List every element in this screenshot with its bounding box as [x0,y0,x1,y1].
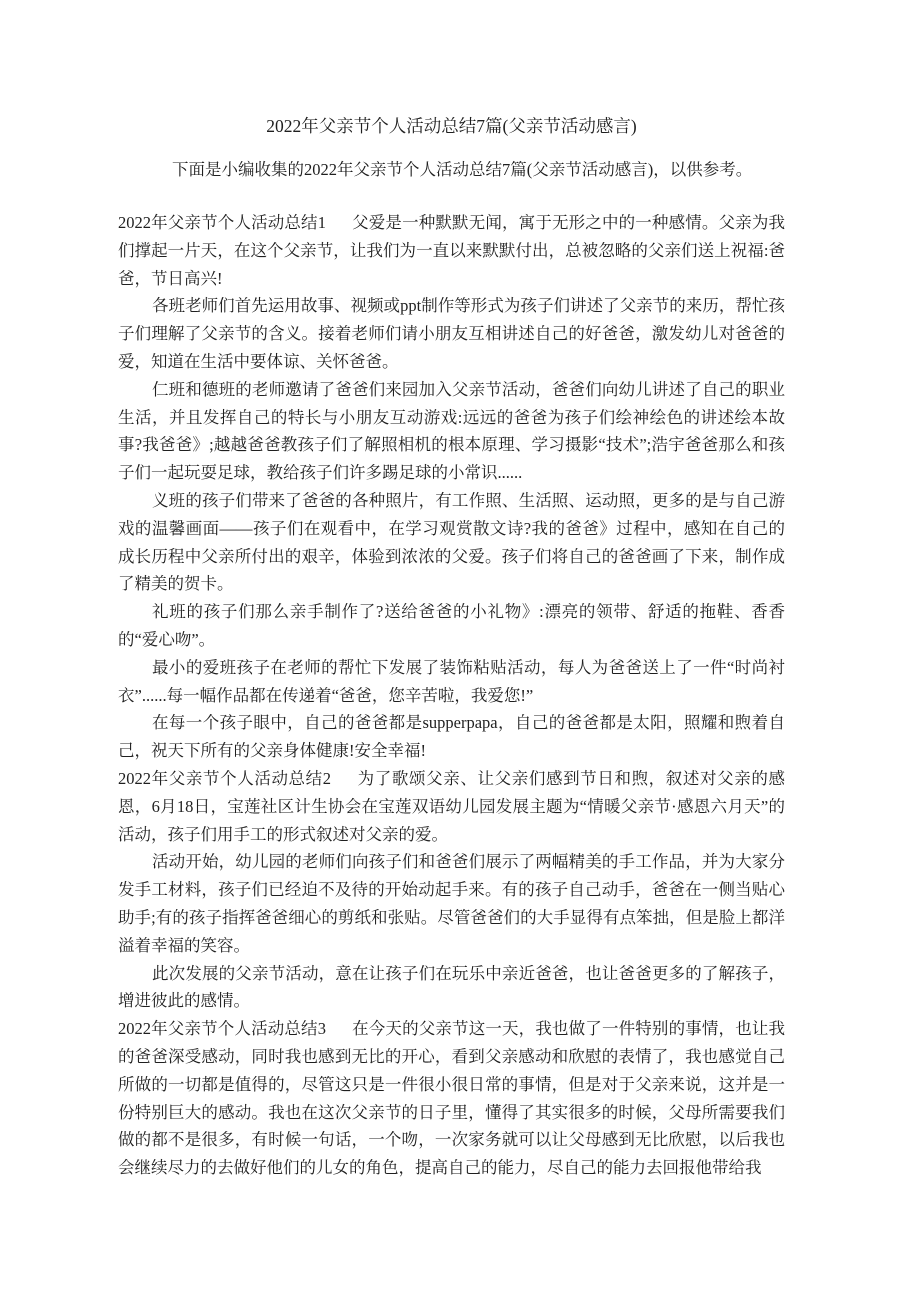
document-page: 2022年父亲节个人活动总结7篇(父亲节活动感言) 下面是小编收集的2022年父… [0,0,920,1302]
paragraph: 礼班的孩子们那么亲手制作了?送给爸爸的小礼物》:漂亮的领带、舒适的拖鞋、香香的“… [118,598,785,654]
document-content: 2022年父亲节个人活动总结7篇(父亲节活动感言) 下面是小编收集的2022年父… [118,0,785,1182]
intro-paragraph: 下面是小编收集的2022年父亲节个人活动总结7篇(父亲节活动感言)，以供参考。 [118,156,785,184]
section-1-lead-paragraph: 2022年父亲节个人活动总结1父爱是一种默默无闻，寓于无形之中的一种感情。父亲为… [118,209,785,292]
paragraph: 仁班和德班的老师邀请了爸爸们来园加入父亲节活动，爸爸们向幼儿讲述了自己的职业生活… [118,376,785,487]
paragraph: 义班的孩子们带来了爸爸的各种照片，有工作照、生活照、运动照，更多的是与自己游戏的… [118,487,785,598]
document-title: 2022年父亲节个人活动总结7篇(父亲节活动感言) [118,112,785,140]
section-heading: 2022年父亲节个人活动总结1 [118,213,326,232]
section-2-lead-paragraph: 2022年父亲节个人活动总结2为了歌颂父亲、让父亲们感到节日和煦，叙述对父亲的感… [118,765,785,848]
section-3-lead-paragraph: 2022年父亲节个人活动总结3在今天的父亲节这一天，我也做了一件特别的事情，也让… [118,1015,785,1182]
section-lead-text: 在今天的父亲节这一天，我也做了一件特别的事情，也让我的爸爸深受感动，同时我也感到… [118,1019,785,1177]
section-heading: 2022年父亲节个人活动总结2 [118,769,331,788]
paragraph: 此次发展的父亲节活动，意在让孩子们在玩乐中亲近爸爸，也让爸爸更多的了解孩子，增进… [118,960,785,1016]
section-heading: 2022年父亲节个人活动总结3 [118,1019,326,1038]
paragraph: 活动开始，幼儿园的老师们向孩子们和爸爸们展示了两幅精美的手工作品，并为大家分发手… [118,848,785,959]
paragraph: 在每一个孩子眼中，自己的爸爸都是supperpapa，自己的爸爸都是太阳，照耀和… [118,709,785,765]
sections-container: 2022年父亲节个人活动总结1父爱是一种默默无闻，寓于无形之中的一种感情。父亲为… [118,209,785,1182]
paragraph: 各班老师们首先运用故事、视频或ppt制作等形式为孩子们讲述了父亲节的来历，帮忙孩… [118,292,785,375]
paragraph: 最小的爱班孩子在老师的帮忙下发展了装饰粘贴活动，每人为爸爸送上了一件“时尚衬衣”… [118,654,785,710]
